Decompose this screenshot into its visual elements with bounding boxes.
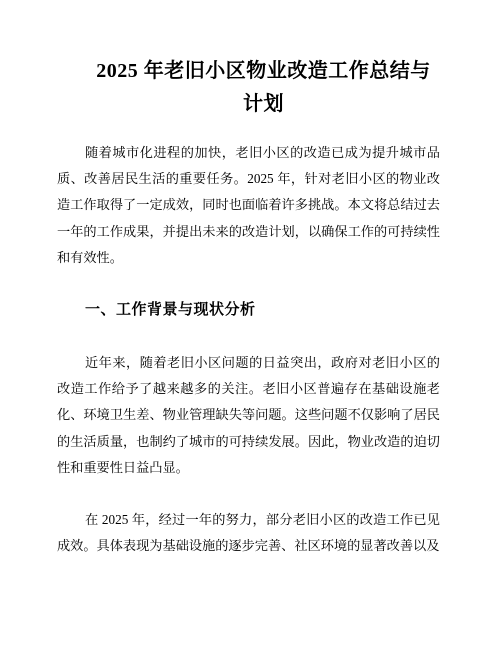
section-1-paragraph-2: 在 2025 年，经过一年的努力，部分老旧小区的改造工作已见成效。具体表现为基础…: [57, 507, 440, 559]
section-1-heading: 一、工作背景与现状分析: [57, 297, 440, 323]
section-1-paragraph-1: 近年来，随着老旧小区问题的日益突出，政府对老旧小区的改造工作给予了越来越多的关注…: [57, 350, 440, 481]
intro-paragraph: 随着城市化进程的加快，老旧小区的改造已成为提升城市品质、改善居民生活的重要任务。…: [57, 140, 440, 271]
document-page: 2025 年老旧小区物业改造工作总结与计划 随着城市化进程的加快，老旧小区的改造…: [0, 0, 500, 647]
document-title: 2025 年老旧小区物业改造工作总结与计划: [57, 55, 440, 121]
